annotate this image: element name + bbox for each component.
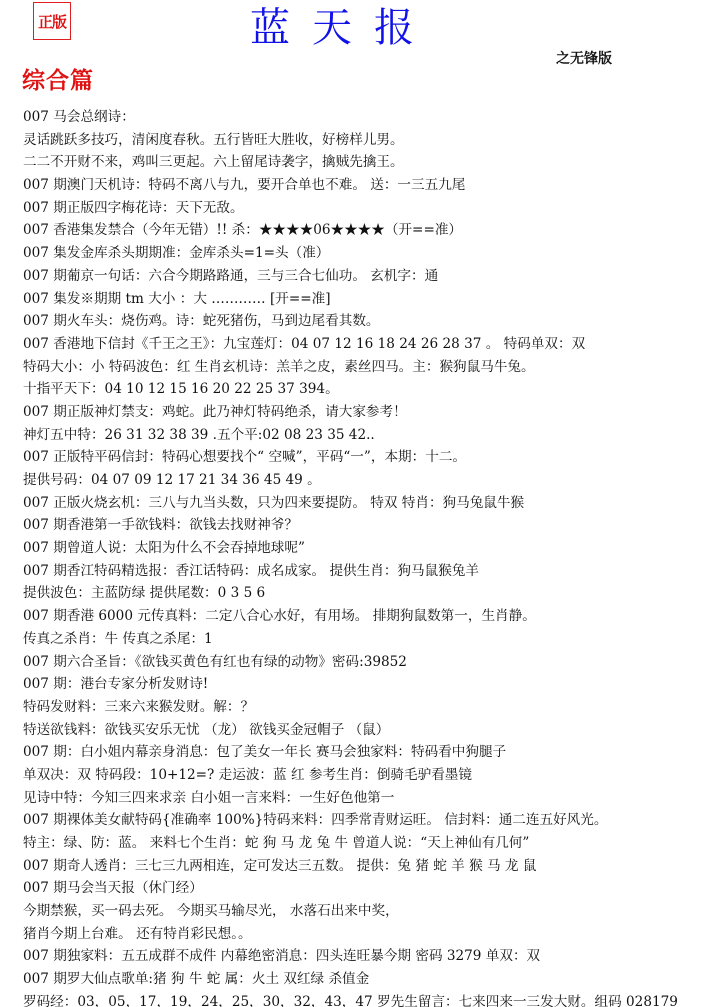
text-line: 007 期正版神灯禁支：鸡蛇。此乃神灯特码绝杀，请大家参考！ bbox=[23, 401, 713, 424]
text-line: 007 期裸体美女献特码{准确率 100%}特码来料：四季常青财运旺。 信封料：… bbox=[23, 809, 713, 832]
text-line: 007 期罗大仙点歌单:猪 狗 牛 蛇 属：火土 双红绿 杀值金 bbox=[23, 968, 713, 991]
text-line: 007 期：港台专家分析发财诗! bbox=[23, 673, 713, 696]
newspaper-title: 蓝天报 bbox=[250, 2, 436, 54]
text-line: 007 香港地下信封《千王之王》：九宝莲灯：04 07 12 16 18 24 … bbox=[23, 333, 713, 356]
text-line: 007 期六合圣旨：《欲钱买黄色有红也有绿的动物》密码:39852 bbox=[23, 651, 713, 674]
text-line: 特送欲钱料：欲钱买安乐无忧 （龙） 欲钱买金冠帽子 （鼠） bbox=[23, 719, 713, 742]
text-line: 特码大小：小 特码波色：红 生肖玄机诗：羔羊之皮，素丝四马。主：猴狗鼠马牛兔。 bbox=[23, 356, 713, 379]
text-line: 单双决：双 特码段：10+12=? 走运波：蓝 红 参考生肖：倒骑毛驴看墨镜 bbox=[23, 764, 713, 787]
text-line: 007 正版火烧玄机：三八与九当头数，只为四来要提防。 特双 特肖：狗马兔鼠牛猴 bbox=[23, 492, 713, 515]
text-line: 特主：绿、防：蓝。 来料七个生肖：蛇 狗 马 龙 兔 牛 曾道人说：“天上神仙有… bbox=[23, 832, 713, 855]
text-line: 007 期奇人透肖：三七三九两相连，定可发达三五数。 提供：兔 猪 蛇 羊 猴 … bbox=[23, 855, 713, 878]
text-line: 猪肖今期上台难。 还有特肖彩民想。。 bbox=[23, 923, 713, 946]
text-line: 十指平天下：04 10 12 15 16 20 22 25 37 394。 bbox=[23, 378, 713, 401]
text-line: 007 期葡京一句话：六合今期路路通，三与三合七仙功。 玄机字：通 bbox=[23, 265, 713, 288]
section-heading: 综合篇 bbox=[22, 62, 94, 95]
text-line: 007 集发金库杀头期期准：金库杀头=1=头（准） bbox=[23, 242, 713, 265]
text-line: 007 期香港第一手欲钱料：欲钱去找财神爷？ bbox=[23, 514, 713, 537]
text-line: 007 期：白小姐内幕亲身消息：包了美女一年长 赛马会独家料：特码看中狗腿子 bbox=[23, 741, 713, 764]
text-line: 007 香港集发禁合（今年无错）!! 杀：★★★★06★★★★（开==准） bbox=[23, 219, 713, 242]
text-line: 传真之杀肖：牛 传真之杀尾：1 bbox=[23, 628, 713, 651]
text-line: 灵话跳跃多技巧，清闲度春秋。五行皆旺大胜收，好榜样儿男。 bbox=[23, 129, 713, 152]
text-line: 007 期香港 6000 元传真料：二定八合心水好，有用场。 排期狗鼠数第一，生… bbox=[23, 605, 713, 628]
text-line: 提供号码：04 07 09 12 17 21 34 36 45 49 。 bbox=[23, 469, 713, 492]
text-line: 007 期马会当天报（休门经） bbox=[23, 877, 713, 900]
text-line: 罗码经：03，05，17，19，24，25，30，32，43，47 罗先生留言：… bbox=[23, 991, 713, 1007]
edition-label: 之无锋版 bbox=[556, 48, 612, 68]
genuine-edition-badge: 正版 bbox=[33, 2, 71, 40]
text-line: 007 马会总纲诗： bbox=[23, 106, 713, 129]
text-line: 今期禁猴，买一码去死。 今期买马输尽光， 水落石出来中奖， bbox=[23, 900, 713, 923]
text-line: 007 期香江特码精选报：香江话特码：成名成家。 提供生肖：狗马鼠猴兔羊 bbox=[23, 560, 713, 583]
text-line: 007 期火车头：烧伤鸡。诗：蛇死猪伤，马到边尾看其数。 bbox=[23, 310, 713, 333]
text-line: 007 期独家料：五五成群不成件 内幕绝密消息：四头连旺暴今期 密码 3279 … bbox=[23, 945, 713, 968]
text-line: 007 正版特平码信封：特码心想要找个“ 空喊”，平码“一”，本期：十二。 bbox=[23, 446, 713, 469]
text-line: 二二不开财不来，鸡叫三更起。六上留尾诗袭字，擒贼先擒王。 bbox=[23, 151, 713, 174]
text-line: 提供波色：主蓝防绿 提供尾数：0 3 5 6 bbox=[23, 582, 713, 605]
article-body: 007 马会总纲诗： 灵话跳跃多技巧，清闲度春秋。五行皆旺大胜收，好榜样儿男。 … bbox=[23, 106, 713, 1007]
text-line: 007 集发※期期 tm 大小 ：大 ………… [开==准] bbox=[23, 288, 713, 311]
text-line: 007 期正版四字梅花诗：天下无敌。 bbox=[23, 197, 713, 220]
text-line: 神灯五中特：26 31 32 38 39 .五个平:02 08 23 35 42… bbox=[23, 424, 713, 447]
text-line: 见诗中特：今知三四来求亲 白小姐一言来料：一生好色他第一 bbox=[23, 787, 713, 810]
text-line: 007 期曾道人说：太阳为什么不会吞掉地球呢” bbox=[23, 537, 713, 560]
text-line: 007 期澳门天机诗：特码不离八与九，要开合单也不难。 送：一三五九尾 bbox=[23, 174, 713, 197]
text-line: 特码发财料：三来六来猴发财。解：？ bbox=[23, 696, 713, 719]
